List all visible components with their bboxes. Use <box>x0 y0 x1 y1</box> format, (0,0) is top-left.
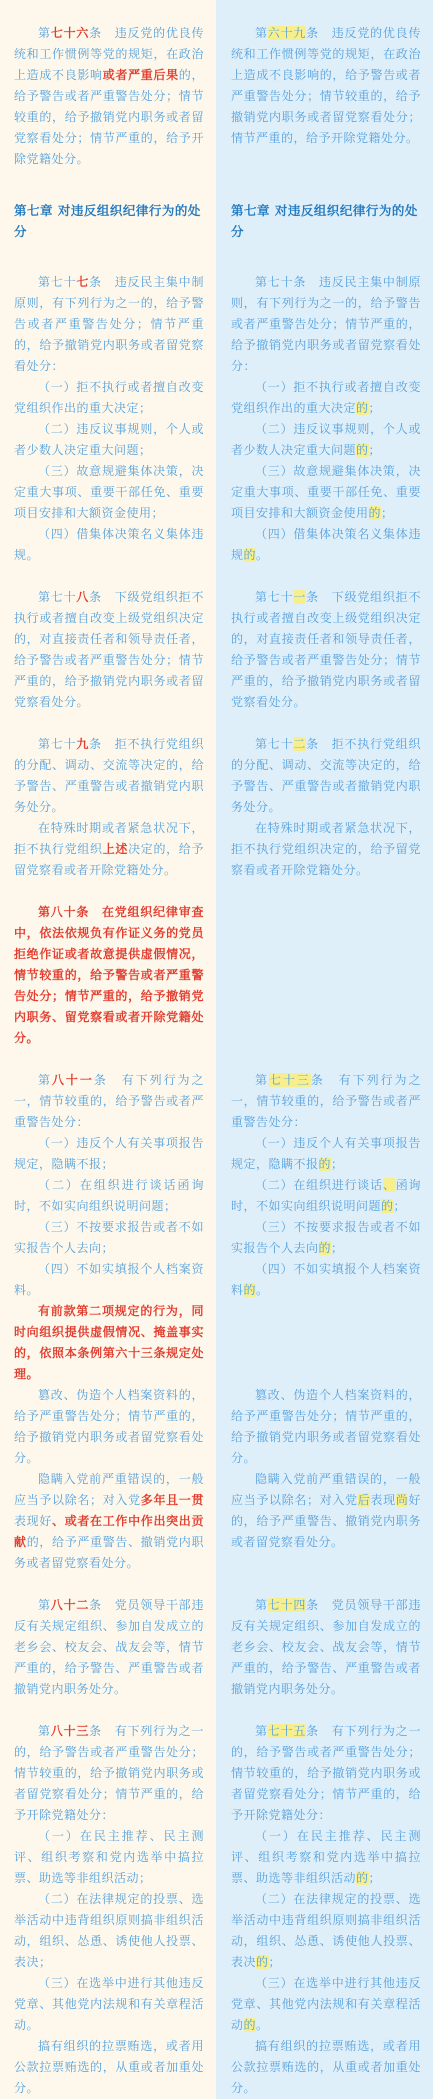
body-text: ； <box>394 1199 407 1213</box>
body-text: （一）违反个人有关事项报告规定，隐瞒不报； <box>14 1136 204 1171</box>
body-text: 。 <box>256 2018 269 2032</box>
revision-added-text: 七 <box>76 275 89 289</box>
revision-highlight: 、 <box>383 1178 396 1192</box>
revision-added-text: 第八十条 在党组织纪律审查中，依法依规负有作证义务的党员拒绝作证或者故意提供虚假… <box>14 905 204 1045</box>
revised-version-cell: 隐瞒入党前严重错误的，一般应当予以除名；对入党多年且一贯表现好、或者在工作中作出… <box>0 1469 216 1574</box>
revision-highlight: 的 <box>381 1199 394 1213</box>
revision-highlight: 的 <box>369 506 382 520</box>
previous-version-cell: 第七章 对违反组织纪律行为的处分 <box>216 200 433 242</box>
body-text: 条 有下列行为之一的，给予警告或者严重警告处分；情节较重的，给予撤销党内职务或者… <box>14 1724 204 1822</box>
body-text: 第七十 <box>255 590 293 604</box>
article-lead-paragraph: 第七十一条 下级党组织拒不执行或者擅自改变上级党组织决定的，对直接责任者和领导责… <box>231 587 421 713</box>
article-list-item: （一）拒不执行或者擅自改变党组织作出的重大决定； <box>14 377 204 419</box>
revised-version-cell: 篡改、伪造个人档案资料的，给予严重警告处分；情节严重的，给予撤销党内职务或者留党… <box>0 1385 216 1469</box>
revision-added-text: 九 <box>76 737 89 751</box>
body-text: （三）故意规避集体决策，决定重大事项、重要干部任免、重要项目安排和大额资金使用； <box>14 464 204 520</box>
body-text: 第七十 <box>38 590 76 604</box>
article-list-item: （一）在民主推荐、民主测评、组织考察和党内选举中搞拉票、助选等非组织活动； <box>14 1826 204 1889</box>
revised-version-cell: 有前款第二项规定的行为，同时向组织提供虚假情况、掩盖事实的，依照本条例第六十三条… <box>0 1301 216 1385</box>
revised-version-cell: 第七十八条 下级党组织拒不执行或者擅自改变上级党组织决定的，对直接责任者和领导责… <box>0 587 216 713</box>
revision-added-text: 多年且一贯 <box>141 1493 204 1507</box>
revision-highlight: 七十四 <box>268 1598 306 1612</box>
revision-added-text: 八十二 <box>51 1598 89 1612</box>
article-paragraph: 搞有组织的拉票贿选，或者用公款拉票贿选的，从重或者加重处分。 <box>231 2036 421 2099</box>
body-text: 条 党员领导干部违反有关规定组织、参加自发成立的老乡会、校友会、战友会等，情节严… <box>231 1598 421 1696</box>
comparison-row: 第七十七条 违反民主集中制原则，有下列行为之一的，给予警告或者严重警告处分；情节… <box>0 272 433 566</box>
article-lead-paragraph: 第七十六条 违反党的优良传统和工作惯例等党的规矩，在政治上造成不良影响或者严重后… <box>14 23 204 170</box>
body-text: 第 <box>255 1598 268 1612</box>
revision-added-text: 有前款第二项规定的行为，同时向组织提供虚假情况、掩盖事实的，依照本条例第六十三条… <box>14 1304 204 1381</box>
article-list-item: （三）不按要求报告或者不如实报告个人去向； <box>14 1217 204 1259</box>
body-text: （一）拒不执行或者擅自改变党组织作出的重大决定； <box>14 380 204 415</box>
body-text: 。 <box>256 548 269 562</box>
revision-added-text: 或者严重后果 <box>103 68 179 82</box>
article-list-item: （二）违反议事规则，个人或者少数人决定重大问题； <box>14 419 204 461</box>
body-text: （二）在组织进行谈话函询时，不如实向组织说明问题； <box>14 1178 204 1213</box>
revision-added-text: 七十六 <box>51 26 89 40</box>
comparison-row: 第七十六条 违反党的优良传统和工作惯例等党的规矩，在政治上造成不良影响或者严重后… <box>0 0 433 170</box>
body-text: 搞有组织的拉票贿选，或者用公款拉票贿选的，从重或者加重处分。 <box>231 2039 421 2095</box>
article-list-item: （一）违反个人有关事项报告规定，隐瞒不报； <box>14 1133 204 1175</box>
article-lead-paragraph: 第八十一条 有下列行为之一，情节较重的，给予警告或者严重警告处分： <box>14 1070 204 1133</box>
body-text: 第七十条 违反民主集中制原则，有下列行为之一的，给予警告或者严重警告处分；情节严… <box>231 275 421 373</box>
revised-version-cell: 第七十六条 违反党的优良传统和工作惯例等党的规矩，在政治上造成不良影响或者严重后… <box>0 23 216 170</box>
previous-version-cell <box>216 902 433 1049</box>
revised-version-cell: 第八十三条 有下列行为之一的，给予警告或者严重警告处分；情节较重的，给予撤销党内… <box>0 1721 216 2099</box>
body-text: 第七十 <box>255 737 293 751</box>
revised-version-cell: 第八十条 在党组织纪律审查中，依法依规负有作证义务的党员拒绝作证或者故意提供虚假… <box>0 902 216 1049</box>
revision-highlight: 七十五 <box>268 1724 306 1738</box>
body-text: 篡改、伪造个人档案资料的，给予严重警告处分；情节严重的，给予撤销党内职务或者留党… <box>14 1388 204 1465</box>
revision-highlight: 二 <box>293 737 306 751</box>
body-text: 条 下级党组织拒不执行或者擅自改变上级党组织决定的，对直接责任者和领导责任者，给… <box>231 590 421 709</box>
previous-version-cell: 第六十九条 违反党的优良传统和工作惯例等党的规矩，在政治上造成不良影响的，给予警… <box>216 23 433 170</box>
body-text: ； <box>331 1157 344 1171</box>
article-lead-paragraph: 第七十七条 违反民主集中制原则，有下列行为之一的，给予警告或者严重警告处分；情节… <box>14 272 204 377</box>
article-paragraph: 有前款第二项规定的行为，同时向组织提供虚假情况、掩盖事实的，依照本条例第六十三条… <box>14 1301 204 1385</box>
body-text: 第 <box>38 26 51 40</box>
revised-version-cell: 第七章 对违反组织纪律行为的处分 <box>0 200 216 242</box>
article-paragraph: 搞有组织的拉票贿选，或者用公款拉票贿选的，从重或者加重处分。 <box>14 2036 204 2099</box>
revision-highlight: 的 <box>256 1955 269 1969</box>
revision-highlight: 的 <box>244 2018 257 2032</box>
article-lead-paragraph: 第六十九条 违反党的优良传统和工作惯例等党的规矩，在政治上造成不良影响的，给予警… <box>231 23 421 149</box>
article-list-item: （二）在法律规定的投票、选举活动中违背组织原则搞非组织活动，组织、怂恿、诱使他人… <box>231 1889 421 1973</box>
revision-highlight: 的 <box>356 443 369 457</box>
revised-version-cell: 第七十九条 拒不执行党组织的分配、调动、交流等决定的，给予警告、严重警告或者撤销… <box>0 734 216 881</box>
article-list-item: （二）在法律规定的投票、选举活动中违背组织原则搞非组织活动，组织、怂恿、诱使他人… <box>14 1889 204 1973</box>
comparison-row: 第八十三条 有下列行为之一的，给予警告或者严重警告处分；情节较重的，给予撤销党内… <box>0 1721 433 2099</box>
body-text: （一）拒不执行或者擅自改变党组织作出的重大决定 <box>231 380 421 415</box>
body-text: 表现 <box>370 1493 395 1507</box>
article-lead-paragraph: 第七十四条 党员领导干部违反有关规定组织、参加自发成立的老乡会、校友会、战友会等… <box>231 1595 421 1700</box>
article-list-item: （三）故意规避集体决策，决定重大事项、重要干部任免、重要项目安排和大额资金使用； <box>14 461 204 524</box>
previous-version-cell: 篡改、伪造个人档案资料的，给予严重警告处分；情节严重的，给予撤销党内职务或者留党… <box>216 1385 433 1469</box>
article-lead-paragraph: 第七十二条 拒不执行党组织的分配、调动、交流等决定的，给予警告、严重警告或者撤销… <box>231 734 421 818</box>
previous-version-cell: 第七十五条 有下列行为之一的，给予警告或者严重警告处分；情节较重的，给予撤销党内… <box>216 1721 433 2099</box>
body-text: ； <box>369 1871 382 1885</box>
revision-highlight: 七十三 <box>269 1073 311 1087</box>
body-text: 的，给予警告或者严重警告处分；情节较重的，给予撤销党内职务或者留党察看处分；情节… <box>14 68 204 166</box>
article-list-item: （一）违反个人有关事项报告规定，隐瞒不报的； <box>231 1133 421 1175</box>
article-paragraph: 篡改、伪造个人档案资料的，给予严重警告处分；情节严重的，给予撤销党内职务或者留党… <box>14 1385 204 1469</box>
previous-version-cell: 第七十四条 党员领导干部违反有关规定组织、参加自发成立的老乡会、校友会、战友会等… <box>216 1595 433 1700</box>
revision-highlight: 的 <box>244 1283 257 1297</box>
chapter-heading: 第七章 对违反组织纪律行为的处分 <box>14 200 204 242</box>
article-paragraph: 隐瞒入党前严重错误的，一般应当予以除名；对入党多年且一贯表现好、或者在工作中作出… <box>14 1469 204 1574</box>
article-lead-paragraph: 第七十九条 拒不执行党组织的分配、调动、交流等决定的，给予警告、严重警告或者撤销… <box>14 734 204 818</box>
body-text: 第七章 对违反组织纪律行为的处分 <box>231 203 418 239</box>
comparison-row: 第七十九条 拒不执行党组织的分配、调动、交流等决定的，给予警告、严重警告或者撤销… <box>0 734 433 881</box>
article-list-item: （一）拒不执行或者擅自改变党组织作出的重大决定的； <box>231 377 421 419</box>
body-text: （二）违反议事规则，个人或者少数人决定重大问题； <box>14 422 204 457</box>
body-text: （三）在选举中进行其他违反党章、其他党内法规和有关章程活动。 <box>14 1976 204 2032</box>
body-text: 第七十 <box>38 275 76 289</box>
revised-version-cell: 第八十二条 党员领导干部违反有关规定组织、参加自发成立的老乡会、校友会、战友会等… <box>0 1595 216 1700</box>
comparison-row: 隐瞒入党前严重错误的，一般应当予以除名；对入党多年且一贯表现好、或者在工作中作出… <box>0 1469 433 1574</box>
article-lead-paragraph: 第七十条 违反民主集中制原则，有下列行为之一的，给予警告或者严重警告处分；情节严… <box>231 272 421 377</box>
previous-version-cell: 第七十三条 有下列行为之一，情节较重的，给予警告或者严重警告处分：（一）违反个人… <box>216 1070 433 1301</box>
body-text: 条 下级党组织拒不执行或者擅自改变上级党组织决定的，对直接责任者和领导责任者，给… <box>14 590 204 709</box>
body-text: 的，给予严重警告、撤销党内职务或者留党察看处分。 <box>14 1535 204 1570</box>
revision-added-text: 八十三 <box>51 1724 89 1738</box>
body-text: 在特殊时期或者紧急状况下，拒不执行党组织决定的，给予留党察看或者开除党籍处分。 <box>231 821 421 877</box>
body-text: 第 <box>255 26 268 40</box>
revised-version-cell: 第八十一条 有下列行为之一，情节较重的，给予警告或者严重警告处分：（一）违反个人… <box>0 1070 216 1301</box>
previous-version-cell: 第七十条 违反民主集中制原则，有下列行为之一的，给予警告或者严重警告处分；情节严… <box>216 272 433 566</box>
article-list-item: （三）在选举中进行其他违反党章、其他党内法规和有关章程活动的。 <box>231 1973 421 2036</box>
comparison-row: 第八十一条 有下列行为之一，情节较重的，给予警告或者严重警告处分：（一）违反个人… <box>0 1070 433 1301</box>
article-lead-paragraph: 第八十条 在党组织纪律审查中，依法依规负有作证义务的党员拒绝作证或者故意提供虚假… <box>14 902 204 1049</box>
article-list-item: （四）借集体决策名义集体违规的。 <box>231 524 421 566</box>
body-text: ； <box>331 1241 344 1255</box>
article-lead-paragraph: 第七十八条 下级党组织拒不执行或者擅自改变上级党组织决定的，对直接责任者和领导责… <box>14 587 204 713</box>
regulation-comparison-document: 第七十六条 违反党的优良传统和工作惯例等党的规矩，在政治上造成不良影响或者严重后… <box>0 0 433 2099</box>
comparison-row: 篡改、伪造个人档案资料的，给予严重警告处分；情节严重的，给予撤销党内职务或者留党… <box>0 1385 433 1469</box>
body-text: （二）违反议事规则，个人或者少数人决定重大问题 <box>231 422 421 457</box>
article-list-item: （四）不如实填报个人档案资料的。 <box>231 1259 421 1301</box>
body-text: ； <box>369 401 382 415</box>
body-text: （一）在民主推荐、民主测评、组织考察和党内选举中搞拉票、助选等非组织活动 <box>231 1829 421 1885</box>
revision-added-text: 八 <box>76 590 89 604</box>
revision-highlight: 一 <box>293 590 306 604</box>
article-lead-paragraph: 第八十三条 有下列行为之一的，给予警告或者严重警告处分；情节较重的，给予撤销党内… <box>14 1721 204 1826</box>
body-text: 第七章 对违反组织纪律行为的处分 <box>14 203 201 239</box>
article-lead-paragraph: 第八十二条 党员领导干部违反有关规定组织、参加自发成立的老乡会、校友会、战友会等… <box>14 1595 204 1700</box>
comparison-row: 第七十八条 下级党组织拒不执行或者擅自改变上级党组织决定的，对直接责任者和领导责… <box>0 587 433 713</box>
body-text: （三）不按要求报告或者不如实报告个人去向； <box>14 1220 204 1255</box>
article-list-item: （二）在组织进行谈话、函询时，不如实向组织说明问题的； <box>231 1175 421 1217</box>
comparison-row: 第八十二条 党员领导干部违反有关规定组织、参加自发成立的老乡会、校友会、战友会等… <box>0 1595 433 1700</box>
body-text: ； <box>381 506 394 520</box>
revised-version-cell: 第七十七条 违反民主集中制原则，有下列行为之一的，给予警告或者严重警告处分；情节… <box>0 272 216 566</box>
body-text: （四）借集体决策名义集体违规。 <box>14 527 204 562</box>
article-list-item: （二）违反议事规则，个人或者少数人决定重大问题的； <box>231 419 421 461</box>
article-list-item: （三）故意规避集体决策，决定重大事项、重要干部任免、重要项目安排和大额资金使用的… <box>231 461 421 524</box>
body-text: （四）不如实填报个人档案资料。 <box>14 1262 204 1297</box>
revision-highlight: 的 <box>356 1871 369 1885</box>
article-list-item: （三）不按要求报告或者不如实报告个人去向的； <box>231 1217 421 1259</box>
revision-highlight: 的 <box>319 1157 332 1171</box>
article-list-item: （二）在组织进行谈话函询时，不如实向组织说明问题； <box>14 1175 204 1217</box>
revision-highlight: 的 <box>319 1241 332 1255</box>
body-text: 条 违反民主集中制原则，有下列行为之一的，给予警告或者严重警告处分；情节严重的，… <box>14 275 204 373</box>
body-text: 条 党员领导干部违反有关规定组织、参加自发成立的老乡会、校友会、战友会等，情节严… <box>14 1598 204 1696</box>
body-text: 第 <box>38 1598 51 1612</box>
article-list-item: （四）借集体决策名义集体违规。 <box>14 524 204 566</box>
article-list-item: （三）在选举中进行其他违反党章、其他党内法规和有关章程活动。 <box>14 1973 204 2036</box>
body-text: （一）在民主推荐、民主测评、组织考察和党内选举中搞拉票、助选等非组织活动； <box>14 1829 204 1885</box>
revision-highlight: 六十九 <box>268 26 306 40</box>
revision-highlight: 的 <box>244 548 257 562</box>
body-text: 。 <box>256 1283 269 1297</box>
body-text: 第 <box>255 1073 269 1087</box>
body-text: 第 <box>38 1073 52 1087</box>
body-text: （二）在组织进行谈话 <box>255 1178 383 1192</box>
article-paragraph: 隐瞒入党前严重错误的，一般应当予以除名；对入党后表现尚好的，给予严重警告、撤销党… <box>231 1469 421 1553</box>
comparison-row: 有前款第二项规定的行为，同时向组织提供虚假情况、掩盖事实的，依照本条例第六十三条… <box>0 1301 433 1385</box>
article-list-item: （四）不如实填报个人档案资料。 <box>14 1259 204 1301</box>
body-text: ； <box>369 443 382 457</box>
previous-version-cell: 第七十一条 下级党组织拒不执行或者擅自改变上级党组织决定的，对直接责任者和领导责… <box>216 587 433 713</box>
body-text: 第 <box>38 1724 51 1738</box>
previous-version-cell: 隐瞒入党前严重错误的，一般应当予以除名；对入党后表现尚好的，给予严重警告、撤销党… <box>216 1469 433 1574</box>
article-paragraph: 篡改、伪造个人档案资料的，给予严重警告处分；情节严重的，给予撤销党内职务或者留党… <box>231 1385 421 1469</box>
body-text: 搞有组织的拉票贿选，或者用公款拉票贿选的，从重或者加重处分。 <box>14 2039 204 2095</box>
previous-version-cell <box>216 1301 433 1385</box>
body-text: （二）在法律规定的投票、选举活动中违背组织原则搞非组织活动，组织、怂恿、诱使他人… <box>14 1892 204 1969</box>
body-text: 第七十 <box>38 737 76 751</box>
article-list-item: （一）在民主推荐、民主测评、组织考察和党内选举中搞拉票、助选等非组织活动的； <box>231 1826 421 1889</box>
article-lead-paragraph: 第七十三条 有下列行为之一，情节较重的，给予警告或者严重警告处分： <box>231 1070 421 1133</box>
body-text: ； <box>269 1955 282 1969</box>
revision-added-text: 上述 <box>103 842 128 856</box>
article-paragraph: 在特殊时期或者紧急状况下，拒不执行党组织上述决定的，给予留党察看或者开除党籍处分… <box>14 818 204 881</box>
article-paragraph: 在特殊时期或者紧急状况下，拒不执行党组织决定的，给予留党察看或者开除党籍处分。 <box>231 818 421 881</box>
comparison-row: 第七章 对违反组织纪律行为的处分第七章 对违反组织纪律行为的处分 <box>0 200 433 242</box>
previous-version-cell: 第七十二条 拒不执行党组织的分配、调动、交流等决定的，给予警告、严重警告或者撤销… <box>216 734 433 881</box>
chapter-heading: 第七章 对违反组织纪律行为的处分 <box>231 200 421 242</box>
revision-highlight: 后 <box>358 1493 371 1507</box>
body-text: 条 违反党的优良传统和工作惯例等党的规矩，在政治上造成不良影响的，给予警告或者严… <box>231 26 421 145</box>
article-lead-paragraph: 第七十五条 有下列行为之一的，给予警告或者严重警告处分；情节较重的，给予撤销党内… <box>231 1721 421 1826</box>
revision-highlight: 尚 <box>396 1493 409 1507</box>
body-text: 表现好 <box>14 1514 52 1528</box>
body-text: 第 <box>255 1724 268 1738</box>
revision-added-text: 八十一 <box>52 1073 94 1087</box>
body-text: 篡改、伪造个人档案资料的，给予严重警告处分；情节严重的，给予撤销党内职务或者留党… <box>231 1388 421 1465</box>
revision-highlight: 的 <box>356 401 369 415</box>
comparison-row: 第八十条 在党组织纪律审查中，依法依规负有作证义务的党员拒绝作证或者故意提供虚假… <box>0 902 433 1049</box>
comparison-rows: 第七十六条 违反党的优良传统和工作惯例等党的规矩，在政治上造成不良影响或者严重后… <box>0 0 433 2099</box>
body-text: 条 有下列行为之一的，给予警告或者严重警告处分；情节较重的，给予撤销党内职务或者… <box>231 1724 421 1822</box>
